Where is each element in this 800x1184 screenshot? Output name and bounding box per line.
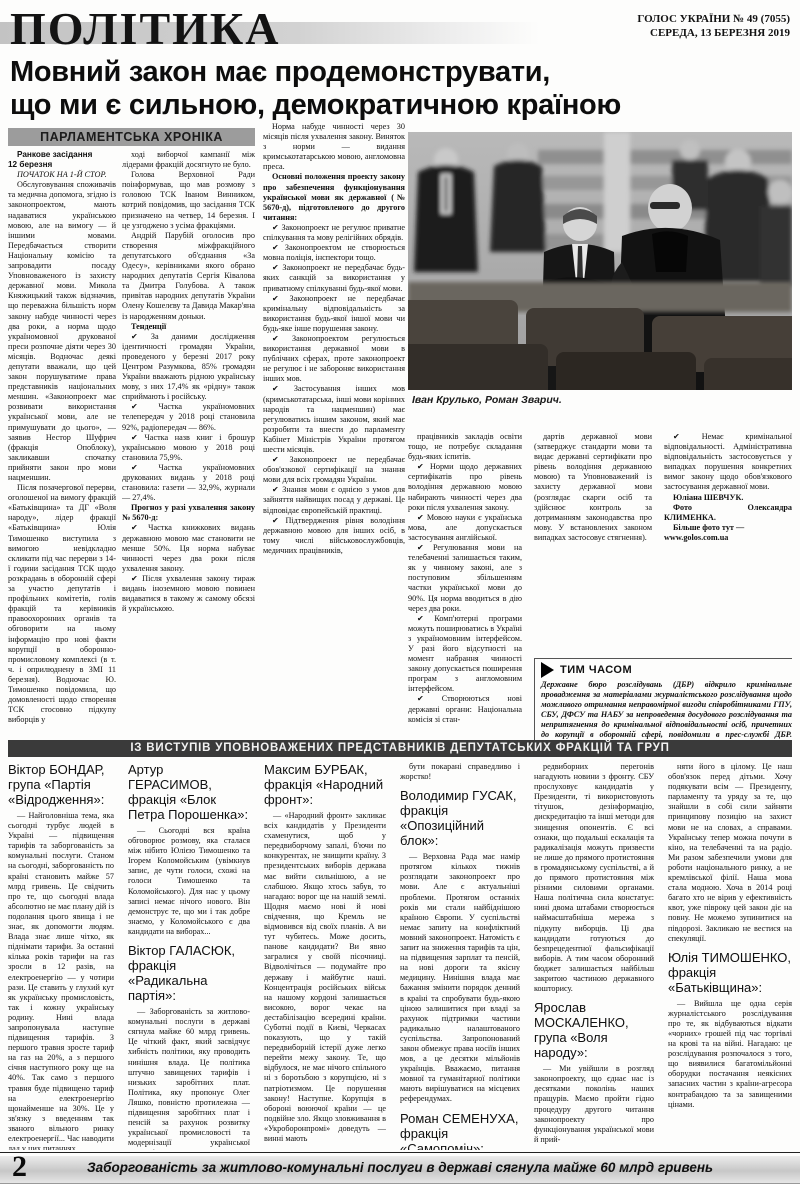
paragraph: ✔ Регулювання мови на телебаченні залиша… xyxy=(408,543,522,614)
paragraph: ✔ Підтвердження рівня володіння державно… xyxy=(263,516,405,556)
author-byline: Юліана ШЕВЧУК. xyxy=(664,493,792,503)
paragraph: ✔ Частка україномовних телепередач у 201… xyxy=(122,402,255,432)
paragraph: ✔ Норми щодо державних сертифікатів про … xyxy=(408,462,522,512)
continued-from-kicker: ПОЧАТОК НА 1-Й СТОР. xyxy=(8,170,116,180)
paragraph: ✔ Немає кримінальної відповідальності. А… xyxy=(664,432,792,493)
parliament-photo xyxy=(408,132,792,390)
meanwhile-header: ТИМ ЧАСОМ xyxy=(541,662,792,678)
speaker-burbak: Максим БУРБАК, фракція «Народний фронт»: xyxy=(264,762,386,807)
paper-date: СЕРЕДА, 13 БЕРЕЗНЯ 2019 xyxy=(637,26,790,40)
headline-line1: Мовний закон має продемонструвати, xyxy=(10,56,790,89)
main-headline: Мовний закон має продемонструвати, що ми… xyxy=(10,56,790,122)
speaker-gerasymov: Артур ГЕРАСИМОВ, фракція «Блок Петра Пор… xyxy=(128,762,250,822)
speech-column-1: Віктор БОНДАР, група «Партія «Відродженн… xyxy=(8,762,114,1150)
paragraph: ✔ Законопроектом не створюється мовна по… xyxy=(263,243,405,263)
meanwhile-title: ТИМ ЧАСОМ xyxy=(560,664,632,676)
article-column-1: Ранкове засідання 12 березня ПОЧАТОК НА … xyxy=(8,150,116,736)
speech-text: няти його в цілому. Це наш обов'язок пер… xyxy=(668,762,792,944)
speech-text: — Верховна Рада має намір протягом кільк… xyxy=(400,852,520,1104)
paragraph: ✔ Законопроект не передбачає будь-яких с… xyxy=(263,263,405,293)
photo-block: Іван Крулько, Роман Зварич. працівників … xyxy=(408,132,792,739)
article-column-5: дартів державної мови (затверджує станда… xyxy=(534,432,652,654)
photo-credit: Фото Олександра КЛИМЕНКА. xyxy=(664,503,792,523)
speech-text: — Заборгованість за житлово-комунальні п… xyxy=(128,1007,250,1150)
footer-rule xyxy=(0,1152,800,1153)
speech-text: — Сьогодні вся країна обговорює розмову,… xyxy=(128,826,250,937)
photo-caption: Іван Крулько, Роман Зварич. xyxy=(412,394,792,406)
paper-issue: ГОЛОС УКРАЇНИ № 49 (7055) xyxy=(637,12,790,26)
more-photos-note: Більше фото тут — www.golos.com.ua xyxy=(664,523,792,543)
section-title: ПОЛІТИКА xyxy=(10,2,280,55)
speaker-semenukha: Роман СЕМЕНУХА, фракція «Самопоміч»: xyxy=(400,1111,520,1150)
triangle-right-icon xyxy=(541,662,554,678)
paragraph: ході виборчої кампанії між лідерами фрак… xyxy=(122,150,255,170)
article-column-4: працівників закладів освіти тощо, не пот… xyxy=(408,432,522,751)
speech-text: — Вийшла ще одна серія журналістського р… xyxy=(668,999,792,1110)
paragraph: працівників закладів освіти тощо, не пот… xyxy=(408,432,522,462)
subhead-forecast: Прогноз у разі ухвалення закону № 5670-д… xyxy=(122,503,255,523)
speech-text: — «Народний фронт» закликає всіх кандида… xyxy=(264,811,386,1144)
speaker-halasiuk: Віктор ГАЛАСЮК, фракція «Радикальна парт… xyxy=(128,943,250,1003)
speeches-section-banner: ІЗ ВИСТУПІВ УПОВНОВАЖЕНИХ ПРЕДСТАВНИКІВ … xyxy=(8,740,792,757)
parliament-photo-graphic xyxy=(408,132,792,390)
article-column-2: ході виборчої кампанії між лідерами фрак… xyxy=(122,150,255,736)
paragraph: ✔ Законопроект не передбачає обов'язково… xyxy=(263,455,405,485)
speech-column-6: няти його в цілому. Це наш обов'язок пер… xyxy=(668,762,792,1150)
speaker-moskalenko: Ярослав МОСКАЛЕНКО, група «Воля народу»: xyxy=(534,1000,654,1060)
speaker-tymoshenko: Юлія ТИМОШЕНКО, фракція «Батьківщина»: xyxy=(668,950,792,995)
sitting-heading: Ранкове засідання 12 березня xyxy=(8,150,116,170)
subhead-trends: Тенденції xyxy=(122,322,255,332)
speech-text: — Найголовніша тема, яка сьогодні турбує… xyxy=(8,811,114,1150)
speech-text: — Ми увійшли в розгляд законопроекту, що… xyxy=(534,1064,654,1145)
masthead-issue-info: ГОЛОС УКРАЇНИ № 49 (7055) СЕРЕДА, 13 БЕР… xyxy=(637,12,790,40)
paragraph: дартів державної мови (затверджує станда… xyxy=(534,432,652,543)
chronicle-section-banner: ПАРЛАМЕНТСЬКА ХРОНІКА xyxy=(8,128,255,146)
paragraph: ✔ Частка україномовних друкованих видань… xyxy=(122,463,255,503)
speech-column-5: редвиборних перегонів нагадують новини з… xyxy=(534,762,654,1150)
article-column-6: ✔ Немає кримінальної відповідальності. А… xyxy=(664,432,792,654)
more-photos-text: Більше фото тут — xyxy=(673,523,744,532)
paragraph: Норма набуде чинності через 30 місяців п… xyxy=(263,122,405,172)
paragraph: ✔ Комп'ютерні програми можуть поширювати… xyxy=(408,614,522,695)
paragraph: ✔ Законопроект не передбачає кримінальну… xyxy=(263,294,405,334)
website-url: www.golos.com.ua xyxy=(664,533,728,542)
paragraph: ✔ Після ухвалення закону тираж видань ін… xyxy=(122,574,255,614)
footer-ticker: Заборгованість за житлово-комунальні пос… xyxy=(0,1160,800,1175)
paragraph: ✔ Застосування інших мов (кримськотатарс… xyxy=(263,384,405,455)
paragraph: Обслуговування споживачів та медична доп… xyxy=(8,180,116,483)
paragraph: Після позачергової перерви, оголошеної н… xyxy=(8,483,116,725)
article-column-3: Норма набуде чинності через 30 місяців п… xyxy=(263,122,405,736)
paragraph: ✔ За даними дослідження ідентичності гро… xyxy=(122,332,255,403)
paragraph: ✔ Законопроект не регулює приватне спілк… xyxy=(263,223,405,243)
paragraph: ✔ Мовою науки є українська мова, але доп… xyxy=(408,513,522,543)
paragraph: ✔ Частка книжкових видань державною мово… xyxy=(122,523,255,573)
speech-text: бути покарані справедливо і жорстко! xyxy=(400,762,520,782)
speech-column-3: Максим БУРБАК, фракція «Народний фронт»:… xyxy=(264,762,386,1150)
paragraph: Андрій Парубій оголосив про створення мі… xyxy=(122,231,255,322)
headline-line2: що ми є сильною, демократичною країною xyxy=(10,89,790,122)
speech-column-2: Артур ГЕРАСИМОВ, фракція «Блок Петра Пор… xyxy=(128,762,250,1150)
speeches-section: Віктор БОНДАР, група «Партія «Відродженн… xyxy=(8,762,792,1150)
law-provisions-lead: Основні положення проекту закону про заб… xyxy=(263,172,405,222)
paragraph: ✔ Створюються нові державні органи: Наці… xyxy=(408,694,522,724)
paragraph: ✔ Законопроектом регулюється використанн… xyxy=(263,334,405,384)
speech-text: редвиборних перегонів нагадують новини з… xyxy=(534,762,654,994)
paragraph: ✔ Знання мови є однією з умов для зайнят… xyxy=(263,485,405,515)
chronicle-article: ПАРЛАМЕНТСЬКА ХРОНІКА Ранкове засідання … xyxy=(8,120,792,739)
speech-column-4: бути покарані справедливо і жорстко! Вол… xyxy=(400,762,520,1150)
speaker-bondar: Віктор БОНДАР, група «Партія «Відродженн… xyxy=(8,762,114,807)
page-number: 2 xyxy=(12,1150,27,1184)
speaker-husak: Володимир ГУСАК, фракція «Опозиційний бл… xyxy=(400,788,520,848)
meanwhile-box: ТИМ ЧАСОМ Державне бюро розслідувань (ДБ… xyxy=(534,658,792,751)
paragraph: Голова Верховної Ради поінформував, що м… xyxy=(122,170,255,231)
paragraph: ✔ Частка назв книг і брошур українською … xyxy=(122,433,255,463)
